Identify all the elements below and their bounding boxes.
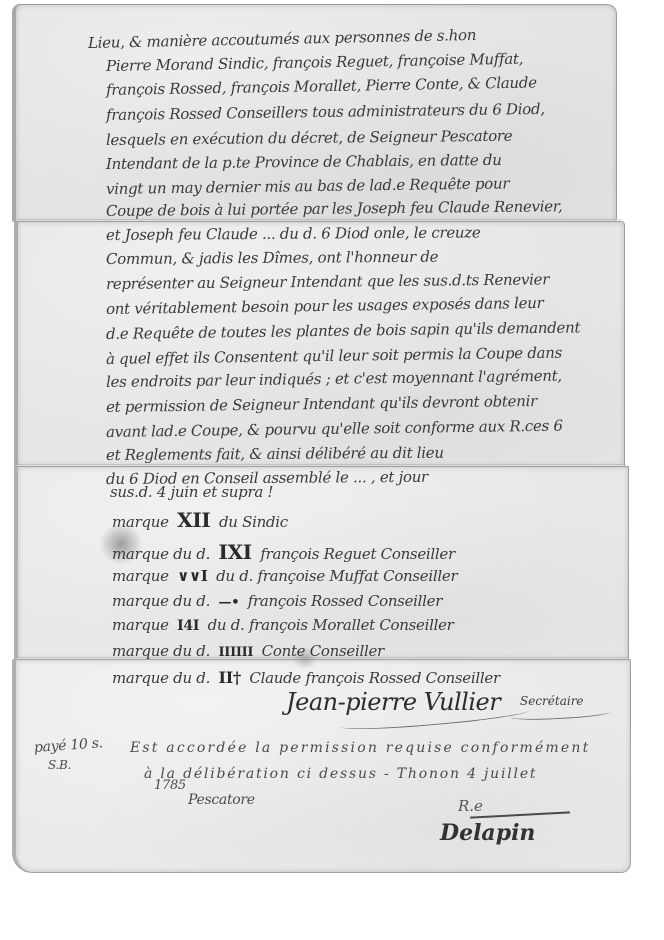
mark-row: marque I4I du d. françois Morallet Conse…	[112, 616, 454, 634]
signature-bar	[470, 811, 570, 818]
body-line: Intendant de la p.te Province de Chablai…	[106, 151, 502, 173]
body-line: et permission de Seigneur Intendant qu'i…	[106, 392, 537, 416]
body-line: Lieu, & manière accoutumés aux personnes…	[88, 26, 476, 52]
mark-role: Conseiller	[368, 592, 442, 610]
mark-role: Conseiller	[381, 545, 455, 563]
mark-row: marque du d. —• françois Rossed Conseill…	[112, 592, 442, 610]
mark-row: marque XII du Sindic	[112, 508, 288, 532]
mark-glyph: —•	[219, 595, 240, 610]
secretary-title: Secrétaire	[520, 694, 584, 708]
body-line: à quel effet ils Consentent qu'il leur s…	[106, 344, 562, 368]
mark-name: du d. françoise Muffat	[216, 567, 379, 585]
body-line: les endroits par leur indiqués ; et c'es…	[106, 367, 562, 391]
mark-prefix: marque	[112, 567, 169, 585]
body-line: Coupe de bois à lui portée par les Josep…	[106, 197, 563, 220]
margin-sub: S.B.	[48, 758, 71, 772]
bottom-signature: Delapin	[440, 820, 535, 846]
mark-prefix: marque du d.	[112, 592, 210, 610]
body-line: Pierre Morand Sindic, françois Reguet, f…	[106, 50, 523, 75]
body-line: sus.d. 4 juin et supra !	[110, 483, 273, 501]
body-line: françois Rossed, françois Morallet, Pier…	[106, 73, 537, 99]
mark-glyph: ∨∨I	[177, 567, 207, 585]
body-line: représenter au Seigneur Intendant que le…	[106, 270, 549, 293]
mark-name: Claude françois Rossed	[249, 669, 421, 687]
body-line: françois Rossed Conseillers tous adminis…	[106, 100, 545, 124]
mark-prefix: marque	[112, 616, 169, 634]
mark-prefix: marque	[112, 513, 169, 531]
body-line: vingt un may dernier mis au bas de lad.e…	[106, 174, 509, 198]
body-line: ont véritablement besoin pour les usages…	[106, 294, 544, 318]
body-line: et Reglements fait, & ainsi délibéré au …	[106, 444, 444, 464]
body-line: Commun, & jadis les Dîmes, ont l'honneur…	[106, 248, 438, 268]
body-line: avant lad.e Coupe, & pourvu qu'elle soit…	[106, 417, 563, 441]
mark-prefix: marque du d.	[112, 669, 210, 687]
mark-role: Conseiller	[379, 616, 453, 634]
mark-glyph: IIIIII	[219, 645, 254, 660]
mark-role: Conseiller	[383, 567, 457, 585]
mark-glyph: I4I	[177, 618, 199, 634]
document-scan: Lieu, & manière accoutumés aux personnes…	[0, 0, 664, 940]
handwritten-body: Lieu, & manière accoutumés aux personnes…	[0, 0, 664, 940]
mark-prefix: marque du d.	[112, 642, 210, 660]
body-line: d.e Requête de toutes les plantes de boi…	[106, 318, 580, 343]
mark-row: marque ∨∨I du d. françoise Muffat Consei…	[112, 567, 457, 585]
mark-glyph: XII	[177, 508, 210, 532]
endorsement-year: 1785	[154, 778, 186, 793]
body-line: et Joseph feu Claude ... du d. 6 Diod on…	[106, 223, 481, 244]
mark-row: marque du d. IIIIII Conte Conseiller	[112, 642, 384, 660]
endorsement-line: à la délibération ci dessus - Thonon 4 j…	[144, 766, 537, 782]
body-line: lesquels en exécution du décret, de Seig…	[106, 127, 513, 149]
mark-name: françois Rossed	[248, 592, 364, 610]
mark-name: du d. françois Morallet	[208, 616, 375, 634]
bottom-initials: R.e	[458, 797, 483, 815]
mark-row: marque du d. II† Claude françois Rossed …	[112, 668, 500, 687]
mark-prefix: marque du d.	[112, 545, 210, 563]
endorsement-line: Est accordée la permission requise confo…	[130, 740, 590, 756]
endorsement-signed: Pescatore	[188, 792, 255, 808]
margin-note: payé 10 s.	[33, 735, 103, 756]
mark-role: Conseiller	[310, 642, 384, 660]
mark-row: marque du d. IXI françois Reguet Conseil…	[112, 540, 455, 564]
mark-name: Conte	[262, 642, 306, 660]
mark-glyph: IXI	[219, 540, 252, 564]
mark-name: du Sindic	[219, 513, 288, 531]
mark-role: Conseiller	[426, 669, 500, 687]
mark-name: françois Reguet	[260, 545, 376, 563]
mark-glyph: II†	[219, 668, 241, 687]
